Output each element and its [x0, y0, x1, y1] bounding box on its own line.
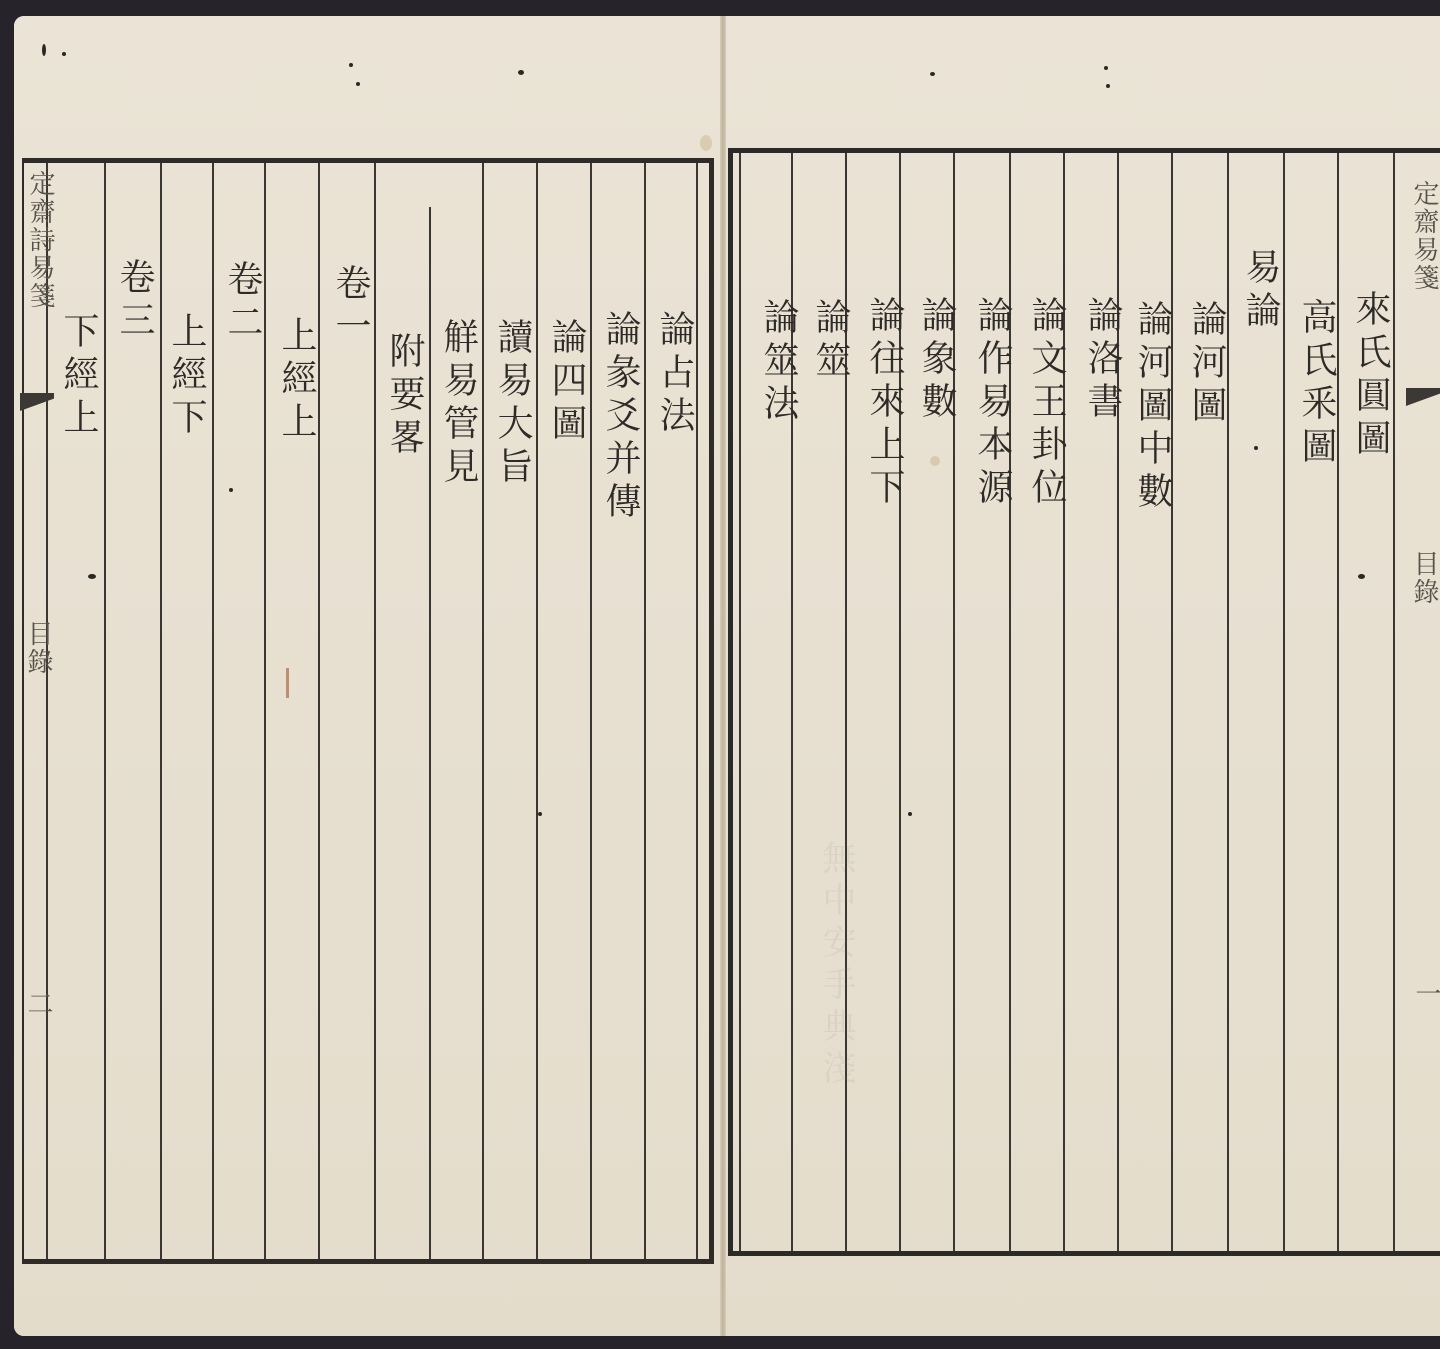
column-rule — [644, 163, 646, 1259]
column-rule — [429, 207, 431, 1259]
toc-entry: 論筮 — [812, 298, 848, 384]
fishtail-mark — [20, 393, 54, 413]
right-margin-section: 目錄 — [1406, 550, 1440, 606]
toc-entry: 附要畧 — [386, 332, 422, 461]
toc-entry: 來氏圓圖 — [1352, 290, 1388, 462]
ink-speck — [930, 72, 935, 76]
toc-entry: 論文王卦位 — [1028, 296, 1064, 511]
foxing-stain — [700, 135, 712, 151]
toc-entry: 論彖爻并傳 — [602, 310, 638, 525]
toc-section: 易論 — [1242, 248, 1278, 334]
column-rule — [1283, 153, 1285, 1251]
ink-speck — [88, 574, 96, 579]
ink-speck — [229, 488, 233, 492]
ink-speck — [1104, 66, 1108, 70]
column-rule — [374, 163, 376, 1259]
toc-entry: 下經上 — [60, 312, 96, 441]
column-rule — [696, 163, 698, 1259]
toc-entry: 論往來上下 — [866, 296, 902, 511]
ink-speck — [538, 812, 542, 816]
foxing-stain — [930, 456, 940, 466]
toc-entry: 論占法 — [656, 310, 692, 439]
ink-speck — [518, 70, 524, 75]
ink-speck — [1254, 446, 1258, 450]
toc-entry: 論象數 — [918, 296, 954, 425]
ink-speck — [356, 82, 360, 86]
column-rule — [1393, 153, 1395, 1251]
column-rule — [318, 163, 320, 1259]
pencil-mark — [286, 668, 289, 698]
left-margin-title: 定齋詩易箋 — [22, 170, 59, 310]
left-margin-section: 目錄 — [20, 620, 57, 676]
right-page-number: 一 — [1408, 980, 1440, 1008]
column-rule — [104, 163, 106, 1259]
toc-volume: 卷一 — [332, 264, 368, 350]
toc-volume: 卷三 — [116, 258, 152, 344]
ink-speck — [908, 812, 912, 816]
column-rule — [160, 163, 162, 1259]
ink-speck — [42, 44, 46, 56]
toc-entry: 論河圖 — [1188, 300, 1224, 429]
column-rule — [1337, 153, 1339, 1251]
right-margin-title: 定齋易箋 — [1406, 180, 1440, 292]
column-rule — [590, 163, 592, 1259]
column-rule — [46, 163, 48, 1259]
column-rule — [212, 163, 214, 1259]
column-rule — [264, 163, 266, 1259]
left-page-number: 二 — [20, 990, 57, 1018]
toc-entry: 高氏釆圖 — [1298, 298, 1334, 470]
toc-entry: 論河圖中數 — [1134, 300, 1170, 515]
fishtail-mark — [1406, 388, 1440, 408]
toc-entry: 論洛書 — [1084, 296, 1120, 425]
toc-entry: 論作易本源 — [974, 296, 1010, 511]
column-rule — [739, 153, 741, 1251]
toc-entry: 上經下 — [168, 312, 204, 441]
column-rule — [536, 163, 538, 1259]
column-rule — [482, 163, 484, 1259]
toc-entry: 讀易大旨 — [494, 318, 530, 490]
toc-entry: 論四圖 — [548, 318, 584, 447]
toc-entry: 上經上 — [278, 316, 314, 445]
book-gutter — [720, 16, 726, 1336]
toc-volume: 卷二 — [224, 260, 260, 346]
bleed-through-text: 無中安手典淺 — [812, 840, 861, 1092]
toc-entry: 論筮法 — [760, 298, 796, 427]
ink-speck — [62, 52, 66, 56]
toc-entry: 觧易管見 — [440, 318, 476, 490]
column-rule — [1227, 153, 1229, 1251]
ink-speck — [1358, 574, 1365, 579]
ink-speck — [349, 63, 353, 67]
ink-speck — [1106, 84, 1110, 88]
